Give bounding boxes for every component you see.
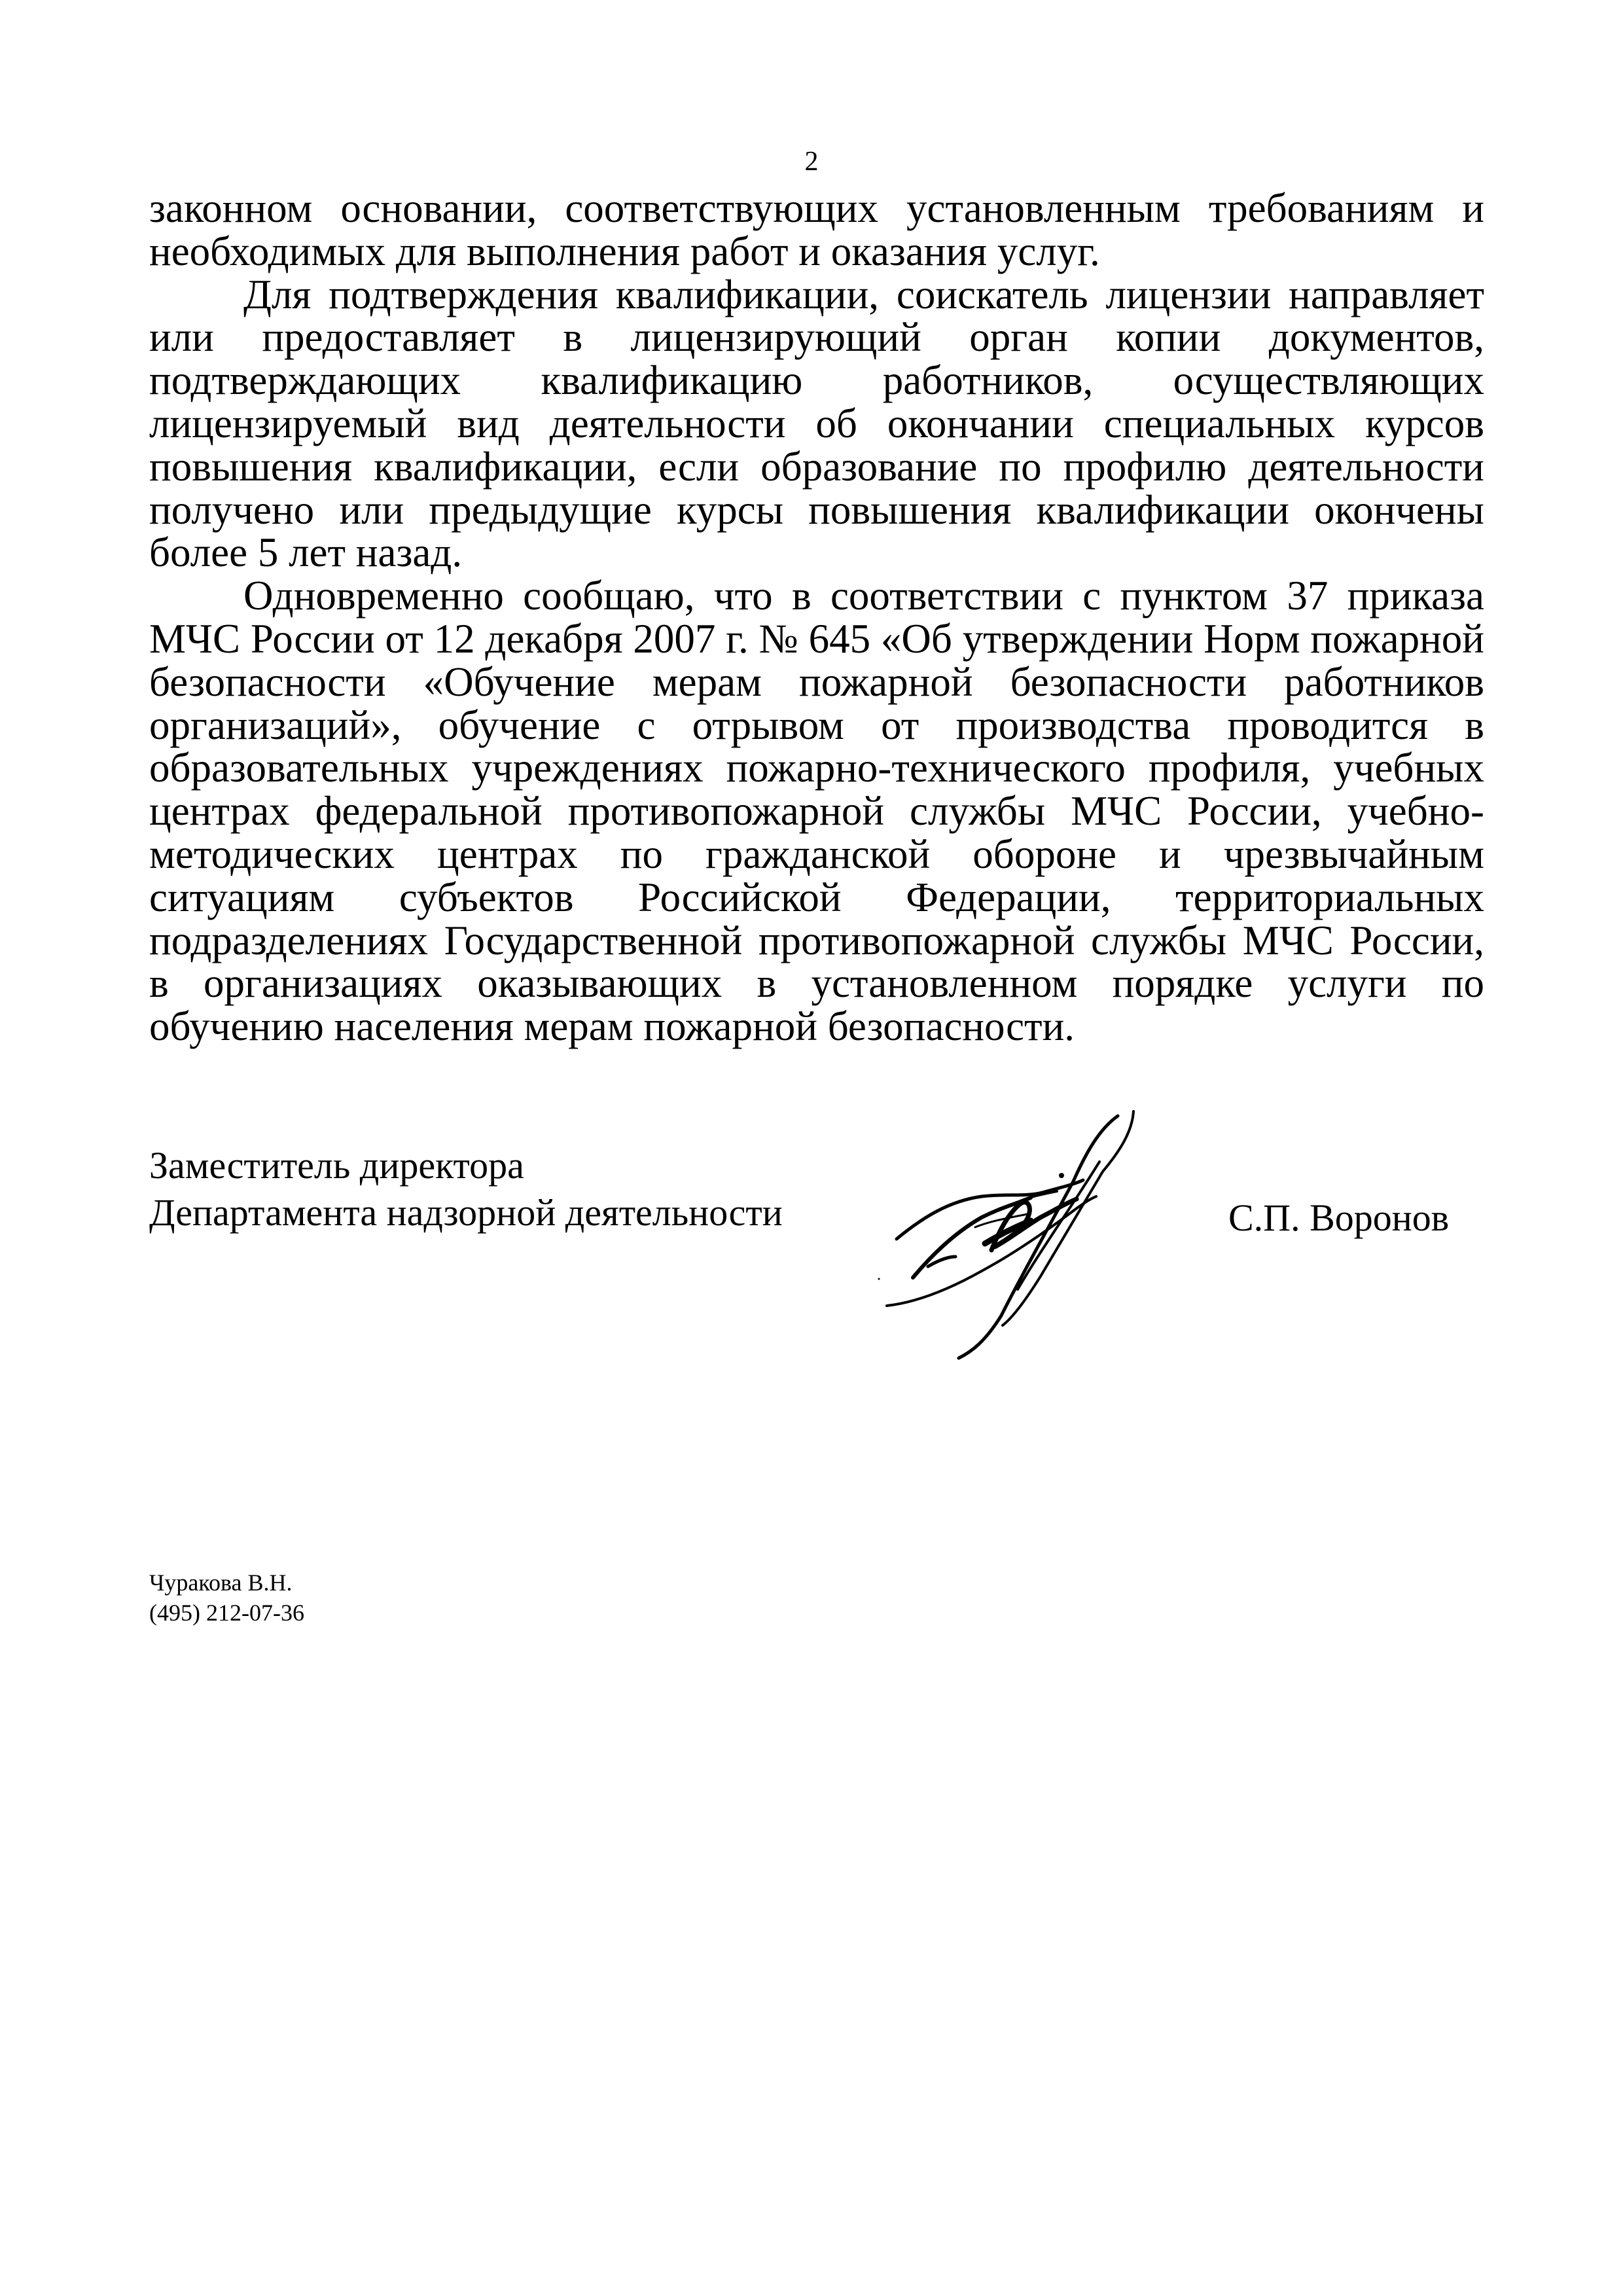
signatory-name: С.П. Воронов bbox=[1228, 1195, 1449, 1241]
paragraph-continuation: законном основании, соответствующих уста… bbox=[149, 187, 1484, 274]
paragraph-qualification: Для подтверждения квалификации, соискате… bbox=[149, 274, 1484, 575]
executor-phone: (495) 212-07-36 bbox=[149, 1598, 304, 1628]
letter-body: законном основании, соответствующих уста… bbox=[149, 187, 1484, 1049]
signatory-position-line1: Заместитель директора bbox=[149, 1142, 783, 1189]
executor-contact: Чуракова В.Н. (495) 212-07-36 bbox=[149, 1568, 304, 1628]
handwritten-signature-icon bbox=[851, 1100, 1178, 1374]
executor-name: Чуракова В.Н. bbox=[149, 1568, 304, 1598]
page-number: 2 bbox=[0, 145, 1623, 178]
signatory-position: Заместитель директора Департамента надзо… bbox=[149, 1142, 783, 1236]
paragraph-training-order: Одновременно сообщаю, что в соответствии… bbox=[149, 575, 1484, 1049]
signatory-position-line2: Департамента надзорной деятельности bbox=[149, 1189, 783, 1236]
